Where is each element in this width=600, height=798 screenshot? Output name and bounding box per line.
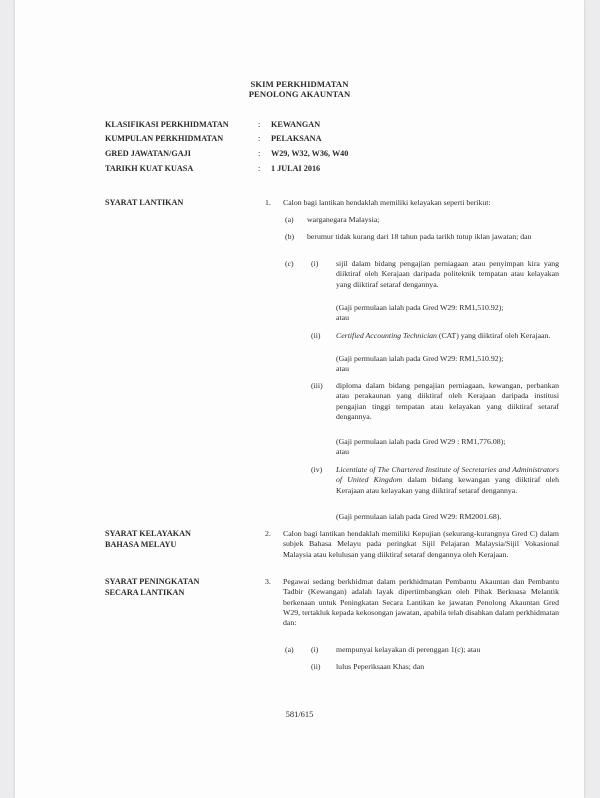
meta-label-gred: GRED JAWATAN/GAJI <box>105 148 191 159</box>
meta-label-klasifikasi: KLASIFIKASI PERKHIDMATAN <box>105 119 229 130</box>
item-c-iii-salary: (Gaji permulaan ialah pada Gred W29 : RM… <box>336 437 559 447</box>
meta-value-gred: W29, W32, W36, W40 <box>271 148 348 159</box>
meta-colon: : <box>258 119 260 130</box>
document-page: SKIM PERKHIDMATAN PENOLONG AKAUNTAN KLAS… <box>15 0 584 798</box>
page-number: 581/615 <box>15 709 584 719</box>
section-3-a-i-text: mempunyai kelayakan di perenggan 1(c); a… <box>336 645 559 655</box>
meta-colon: : <box>258 163 260 174</box>
meta-value-tarikh: 1 JULAI 2016 <box>271 163 320 174</box>
item-c-i-conj: atau <box>336 313 349 323</box>
section-3-a-i-marker: (i) <box>311 645 318 655</box>
meta-colon: : <box>258 133 260 144</box>
item-c-ii-italic: Certified Accounting Technician <box>336 331 437 340</box>
section-label-syarat-peningkatan-1: SYARAT PENINGKATAN <box>105 577 265 588</box>
item-c-i-text: sijil dalam bidang pengajian perniagaan … <box>336 259 559 290</box>
section-label-syarat-lantikan: SYARAT LANTIKAN <box>105 198 265 209</box>
meta-colon: : <box>258 148 260 159</box>
item-b-marker: (b) <box>285 232 294 242</box>
meta-label-tarikh: TARIKH KUAT KUASA <box>105 163 193 174</box>
meta-label-kumpulan: KUMPULAN PERKHIDMATAN <box>105 133 223 144</box>
item-c-ii-salary: (Gaji permulaan ialah pada Gred W29: RM1… <box>336 354 559 364</box>
document-title-line2: PENOLONG AKAUNTAN <box>15 89 584 100</box>
item-c-ii-marker: (ii) <box>311 331 321 341</box>
section-3-a-marker: (a) <box>285 645 294 655</box>
item-c-ii-conj: atau <box>336 364 349 374</box>
item-b-text: berumur tidak kurang dari 18 tahun pada … <box>307 232 559 242</box>
item-c-marker: (c) <box>285 259 294 269</box>
section-3-a-ii-marker: (ii) <box>311 662 321 672</box>
section-1-intro: Calon bagi lantikan hendaklah memiliki k… <box>283 198 559 208</box>
item-c-ii-rest: (CAT) yang diiktiraf oleh Kerajaan. <box>437 331 550 340</box>
item-c-iv-salary: (Gaji permulaan ialah pada Gred W29: RM2… <box>336 512 559 522</box>
section-3-text: Pegawai sedang berkhidmat dalam perkhidm… <box>283 577 559 628</box>
meta-value-klasifikasi: KEWANGAN <box>271 119 320 130</box>
item-c-ii-text: Certified Accounting Technician (CAT) ya… <box>336 331 559 341</box>
section-2-text: Calon bagi lantikan hendaklah memiliki K… <box>283 529 559 560</box>
item-c-iv-marker: (iv) <box>311 465 322 475</box>
item-a-text: warganegara Malaysia; <box>307 215 559 225</box>
item-c-iii-conj: atau <box>336 447 349 457</box>
meta-value-kumpulan: PELAKSANA <box>271 133 322 144</box>
item-c-i-salary: (Gaji permulaan ialah pada Gred W29: RM1… <box>336 303 559 313</box>
section-label-syarat-kelayakan-2: BAHASA MELAYU <box>105 540 265 551</box>
item-c-iv-text: Licentiate of The Chartered Institute of… <box>336 465 559 496</box>
section-number-1: 1. <box>265 198 271 208</box>
section-number-2: 2. <box>265 529 271 539</box>
section-label-syarat-kelayakan-1: SYARAT KELAYAKAN <box>105 529 265 540</box>
item-c-iii-text: diploma dalam bidang pengajian perniagaa… <box>336 381 559 422</box>
section-3-a-ii-text: lulus Peperiksaan Khas; dan <box>336 662 559 672</box>
item-a-marker: (a) <box>285 215 294 225</box>
section-number-3: 3. <box>265 577 271 587</box>
section-label-syarat-peningkatan-2: SECARA LANTIKAN <box>105 588 265 599</box>
item-c-i-marker: (i) <box>311 259 318 269</box>
item-c-iii-marker: (iii) <box>311 381 323 391</box>
